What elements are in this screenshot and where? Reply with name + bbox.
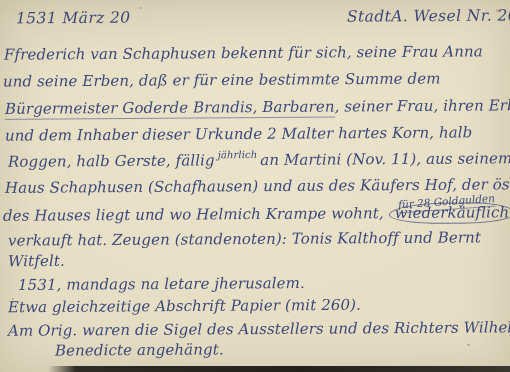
body-line-4: und dem Inhaber dieser Urkunde 2 Malter …	[5, 123, 472, 145]
date-heading: 1531 März 20	[16, 9, 131, 29]
body-line-3-rest: , seiner Frau, ihren Erben	[335, 96, 510, 115]
body-line-7: des Hauses liegt und wo Helmich Krampe w…	[3, 203, 510, 226]
body-line-5: Roggen, halb Gerste, fälligjährlichan Ma…	[8, 149, 510, 174]
archive-card: 1531 März 20 StadtA. Wesel Nr. 261 Ffred…	[0, 0, 510, 372]
body-line-5-end: an Martini (Nov. 11), aus seinem	[260, 149, 510, 169]
card-bottom-edge	[48, 366, 510, 372]
seal-note-line-2: Benedicte angehängt.	[55, 340, 224, 360]
archive-reference: StadtA. Wesel Nr. 261	[347, 6, 510, 26]
interlinear-insertion: jährlich	[218, 150, 258, 161]
body-line-3: Bürgermeister Goderde Brandis, Barbaren,…	[5, 96, 510, 119]
body-line-7-start: des Hauses liegt und wo Helmich Krampe w…	[3, 204, 384, 225]
body-line-6: Haus Schaphusen (Schafhausen) und aus de…	[5, 175, 510, 198]
circled-word: wiederkäuflich	[389, 202, 510, 224]
body-line-5-start: Roggen, halb Gerste, fällig	[8, 151, 215, 170]
paper-speck	[140, 7, 142, 9]
seal-note-line-1: Am Orig. waren die Sigel des Ausstellers…	[8, 318, 510, 341]
paper-speck	[467, 344, 470, 346]
body-line-2: und seine Erben, daß er für eine bestimm…	[3, 69, 441, 91]
body-line-8: verkauft hat. Zeugen (standenoten): Toni…	[8, 228, 481, 250]
copy-note-line: Etwa gleichzeitige Abschrift Papier (mit…	[8, 296, 361, 317]
dating-line: 1531, mandags na letare jherusalem.	[18, 274, 305, 295]
body-line-9: Witfelt.	[8, 252, 65, 271]
underlined-names: Bürgermeister Goderde Brandis, Barbaren	[5, 98, 335, 120]
body-line-1: Ffrederich van Schaphusen bekennt für si…	[4, 42, 483, 64]
